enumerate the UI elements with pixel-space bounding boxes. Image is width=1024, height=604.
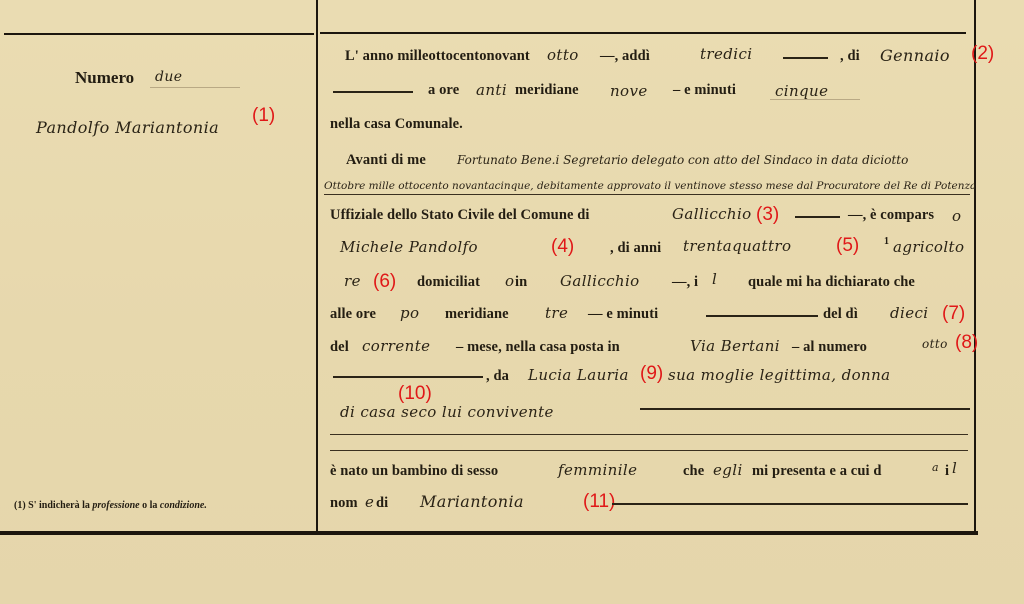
l10-p1: del [330, 339, 349, 356]
l9-p1: alle ore [330, 306, 376, 323]
annotation-4: (4) [551, 237, 574, 256]
l13-p1: è nato un bambino di sesso [330, 463, 498, 480]
annotation-9: (9) [640, 364, 663, 383]
l1-year-suffix: otto [547, 46, 579, 64]
right-border [974, 0, 976, 532]
l6-p2: —, è compars [848, 207, 934, 224]
l4-p1: Avanti di me [346, 152, 426, 169]
l1-dash [783, 57, 828, 59]
footnote: (1) S' indicherà la professione o la con… [14, 500, 207, 511]
civil-registry-birth-record: Numero due Pandolfo Mariantonia (1) (1) … [0, 0, 1024, 604]
annotation-10: (10) [398, 384, 432, 403]
l11-mother: Lucia Lauria [528, 366, 629, 384]
l10-p3: – al numero [792, 339, 867, 356]
l10-current: corrente [362, 337, 430, 355]
annotation-3: (3) [756, 205, 779, 224]
annotation-2: (2) [971, 44, 994, 63]
numero-value: due [155, 69, 182, 85]
annotation-8: (8) [955, 333, 978, 352]
annotation-11: (11) [583, 492, 615, 511]
l7-p1: , di anni [610, 240, 661, 257]
l1-p2: —, addì [600, 48, 650, 65]
l10-p2: – mese, nella casa posta in [456, 339, 620, 356]
l2-p3: – e minuti [673, 82, 736, 99]
l9-p4: del dì [823, 306, 858, 323]
l8-p1: domiciliat [417, 274, 480, 291]
l12-cohabitation: di casa seco lui convivente [340, 403, 554, 421]
l13-p4: i [945, 463, 949, 480]
l8-p3: —, i [672, 274, 698, 291]
l5-underline [324, 194, 970, 195]
l7-p2: 1 [884, 236, 889, 247]
l13-article: l [952, 459, 957, 477]
l7-profession: agricolto [893, 238, 964, 256]
l13-p2: che [683, 463, 704, 480]
registrant-name: Pandolfo Mariantonia [36, 118, 219, 137]
l13-verb-suffix: a [932, 461, 939, 474]
l8-suffix: o [505, 272, 514, 290]
l9-p2: meridiane [445, 306, 509, 323]
l2-minutes: cinque [775, 82, 828, 100]
l10-street: Via Bertani [690, 337, 780, 355]
l6-p1: Uffiziale dello Stato Civile del Comune … [330, 207, 590, 224]
l6-gender: o [952, 207, 961, 225]
annotation-7: (7) [942, 304, 965, 323]
l9-post: po [400, 304, 419, 322]
annotation-1: (1) [252, 106, 275, 125]
l4-delegate: Fortunato Bene.i Segretario delegato con… [457, 153, 908, 167]
l2-dash [333, 91, 413, 93]
annotation-6: (6) [373, 272, 396, 291]
l14-p2: di [376, 495, 388, 512]
l1-month: Gennaio [880, 46, 950, 65]
l1-day: tredici [700, 45, 752, 63]
l12-underline [640, 408, 970, 410]
right-top-rule [320, 32, 966, 34]
left-top-rule [4, 33, 314, 35]
l8-p4: quale mi ha dichiarato che [748, 274, 915, 291]
l1-p1: L' anno milleottocentonovant [345, 48, 530, 65]
l5-delegation: Ottobre mille ottocento novantacinque, d… [324, 180, 976, 192]
numero-label: Numero [75, 68, 134, 88]
l9-minutes-dash [706, 315, 818, 317]
l14-p1: nom [330, 495, 358, 512]
l14-child-name: Mariantonia [420, 492, 524, 511]
blank-line-1 [330, 434, 968, 435]
blank-line-2 [330, 450, 968, 451]
l14-suffix: e [365, 493, 374, 511]
l8-domicile: Gallicchio [560, 272, 640, 290]
l2-p1: a ore [428, 82, 459, 99]
l3-p1: nella casa Comunale. [330, 116, 463, 133]
l14-underline [612, 503, 968, 505]
l13-pronoun: egli [713, 461, 743, 479]
l8-p2: in [515, 274, 527, 291]
bottom-rule [0, 531, 978, 535]
l8-profession-end: re [344, 272, 361, 290]
annotation-5: (5) [836, 236, 859, 255]
l1-p3: , di [840, 48, 860, 65]
l2-ante: anti [476, 81, 507, 99]
l6-dash [795, 216, 840, 218]
numero-underline [150, 87, 240, 88]
l11-p1: , da [486, 368, 509, 385]
l10-house-number: otto [922, 337, 948, 351]
l11-dash [333, 376, 483, 378]
l2-underline [770, 99, 860, 100]
l6-comune: Gallicchio [672, 205, 752, 223]
left-column-divider [316, 0, 318, 532]
l2-p2: meridiane [515, 82, 579, 99]
l11-relationship: sua moglie legittima, donna [668, 366, 891, 384]
l9-day: dieci [890, 304, 928, 322]
l9-p3: — e minuti [588, 306, 658, 323]
l7-age: trentaquattro [683, 237, 791, 255]
l8-article: l [712, 270, 717, 288]
l13-p3: mi presenta e a cui d [752, 463, 882, 480]
l9-hour: tre [545, 304, 568, 322]
l7-declarant: Michele Pandolfo [340, 238, 478, 256]
l13-sex: femminile [558, 461, 637, 479]
l2-hour: nove [610, 82, 648, 100]
